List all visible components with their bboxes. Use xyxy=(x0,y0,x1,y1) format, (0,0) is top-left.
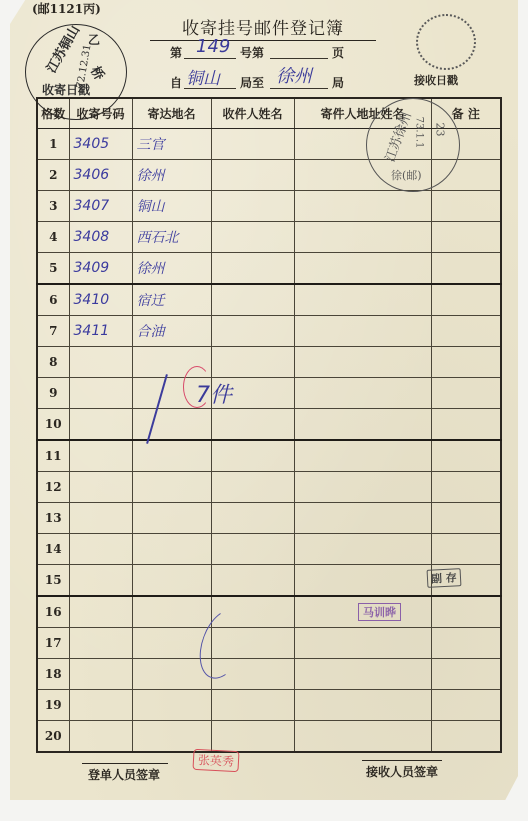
page-title: 收寄挂号邮件登记簿 xyxy=(150,14,376,41)
row-number xyxy=(69,347,132,378)
row-index: 3 xyxy=(37,191,69,222)
row-index: 8 xyxy=(37,347,69,378)
row-sender xyxy=(294,284,431,316)
route-prefix: 自 xyxy=(170,74,182,91)
row-destination xyxy=(132,721,211,753)
row-index: 6 xyxy=(37,284,69,316)
route-suffix: 局 xyxy=(332,74,344,91)
row-index: 5 xyxy=(37,253,69,285)
row-note xyxy=(431,690,501,721)
table-row: 10 xyxy=(37,409,501,441)
row-number xyxy=(69,596,132,628)
postmark-right-bottom-text: 徐(邮) xyxy=(391,167,422,183)
duplicate-seal: 副 存 xyxy=(427,568,462,588)
row-index: 1 xyxy=(37,129,69,160)
name-seal-purple: 马训晔 xyxy=(358,603,401,621)
table-row: 73411合油 xyxy=(37,316,501,347)
number-middle: 号第 xyxy=(240,44,264,61)
postmark-right-top-text: 江苏徐州 xyxy=(379,109,415,164)
row-sender xyxy=(294,316,431,347)
table-row: 12 xyxy=(37,472,501,503)
row-index: 19 xyxy=(37,690,69,721)
postmark-left-right-text: 桥 xyxy=(87,62,110,83)
row-destination xyxy=(132,503,211,534)
row-destination: 徐州 xyxy=(132,253,211,285)
row-destination xyxy=(132,440,211,472)
row-recipient xyxy=(211,191,294,222)
row-number: 3407 xyxy=(69,191,132,222)
receive-date-label: 接收日戳 xyxy=(414,72,458,88)
clerk-name-seal: 张英秀 xyxy=(192,749,239,772)
row-sender xyxy=(294,378,431,409)
receive-date-stamp-area xyxy=(416,14,476,70)
send-date-label: 收寄日戳 xyxy=(42,81,90,98)
row-sender xyxy=(294,472,431,503)
table-row: 43408西石北 xyxy=(37,222,501,253)
row-index: 7 xyxy=(37,316,69,347)
from-handwritten: 铜山 xyxy=(186,64,220,89)
row-destination: 三官 xyxy=(132,129,211,160)
row-note xyxy=(431,440,501,472)
row-index: 15 xyxy=(37,565,69,597)
row-note xyxy=(431,191,501,222)
row-destination xyxy=(132,565,211,597)
row-index: 11 xyxy=(37,440,69,472)
table-row: 53409徐州 xyxy=(37,253,501,285)
row-number: 3409 xyxy=(69,253,132,285)
handwritten-total: 7件 xyxy=(196,378,232,409)
form-code: (邮1121丙) xyxy=(32,0,101,17)
table-row: 13 xyxy=(37,503,501,534)
row-destination xyxy=(132,596,211,628)
row-number: 3408 xyxy=(69,222,132,253)
row-number xyxy=(69,690,132,721)
row-sender xyxy=(294,347,431,378)
row-note xyxy=(431,503,501,534)
row-note xyxy=(431,253,501,285)
postmark-right-date: 73.1.1 xyxy=(413,117,424,149)
row-number xyxy=(69,565,132,597)
row-note xyxy=(431,628,501,659)
row-sender xyxy=(294,503,431,534)
page-blank xyxy=(270,44,328,59)
row-note xyxy=(431,347,501,378)
row-note xyxy=(431,284,501,316)
row-destination xyxy=(132,690,211,721)
number-prefix: 第 xyxy=(170,44,182,61)
row-sender xyxy=(294,253,431,285)
ledger-table: 格数 收寄号码 寄达地名 收件人姓名 寄件人地址姓名 备 注 13405三官23… xyxy=(36,97,502,753)
number-handwritten: 149 xyxy=(196,36,230,57)
row-number: 3406 xyxy=(69,160,132,191)
row-index: 16 xyxy=(37,596,69,628)
row-destination: 徐州 xyxy=(132,160,211,191)
row-recipient xyxy=(211,690,294,721)
table-row: 17 xyxy=(37,628,501,659)
row-index: 10 xyxy=(37,409,69,441)
row-recipient xyxy=(211,721,294,753)
table-row: 33407铜山 xyxy=(37,191,501,222)
row-index: 12 xyxy=(37,472,69,503)
row-sender xyxy=(294,222,431,253)
row-note xyxy=(431,659,501,690)
row-recipient xyxy=(211,284,294,316)
to-handwritten: 徐州 xyxy=(276,62,312,88)
row-number xyxy=(69,409,132,441)
table-row: 16 xyxy=(37,596,501,628)
page-suffix: 页 xyxy=(332,44,344,61)
row-recipient xyxy=(211,503,294,534)
table-row: 8 xyxy=(37,347,501,378)
row-number xyxy=(69,721,132,753)
route-middle: 局至 xyxy=(240,74,264,91)
row-note xyxy=(431,409,501,441)
row-sender xyxy=(294,565,431,597)
table-row: 18 xyxy=(37,659,501,690)
table-row: 9 xyxy=(37,378,501,409)
row-index: 18 xyxy=(37,659,69,690)
row-recipient xyxy=(211,253,294,285)
row-number: 3410 xyxy=(69,284,132,316)
row-destination: 铜山 xyxy=(132,191,211,222)
row-recipient xyxy=(211,440,294,472)
row-recipient xyxy=(211,347,294,378)
row-note xyxy=(431,316,501,347)
row-recipient xyxy=(211,534,294,565)
row-number xyxy=(69,440,132,472)
col-header-recipient: 收件人姓名 xyxy=(211,98,294,129)
row-number xyxy=(69,503,132,534)
row-sender xyxy=(294,440,431,472)
clerk-signature-label: 登单人员签章 xyxy=(82,763,168,783)
row-sender xyxy=(294,721,431,753)
postmark-right-code: 23 xyxy=(434,123,447,137)
row-index: 9 xyxy=(37,378,69,409)
row-number: 3405 xyxy=(69,129,132,160)
row-index: 4 xyxy=(37,222,69,253)
row-note xyxy=(431,472,501,503)
row-index: 13 xyxy=(37,503,69,534)
table-row: 63410宿迁 xyxy=(37,284,501,316)
table-row: 19 xyxy=(37,690,501,721)
row-recipient xyxy=(211,565,294,597)
row-recipient xyxy=(211,160,294,191)
row-note xyxy=(431,721,501,753)
row-recipient xyxy=(211,222,294,253)
row-destination xyxy=(132,409,211,441)
row-number xyxy=(69,378,132,409)
row-number: 3411 xyxy=(69,316,132,347)
row-sender xyxy=(294,191,431,222)
col-header-number: 收寄号码 xyxy=(69,98,132,129)
row-destination xyxy=(132,534,211,565)
row-number xyxy=(69,472,132,503)
col-header-index: 格数 xyxy=(37,98,69,129)
row-note xyxy=(431,378,501,409)
row-index: 2 xyxy=(37,160,69,191)
row-destination: 合油 xyxy=(132,316,211,347)
row-index: 20 xyxy=(37,721,69,753)
row-destination xyxy=(132,472,211,503)
col-header-destination: 寄达地名 xyxy=(132,98,211,129)
row-number xyxy=(69,534,132,565)
row-index: 17 xyxy=(37,628,69,659)
row-note xyxy=(431,222,501,253)
row-recipient xyxy=(211,472,294,503)
row-sender xyxy=(294,534,431,565)
row-number xyxy=(69,628,132,659)
table-row: 11 xyxy=(37,440,501,472)
row-index: 14 xyxy=(37,534,69,565)
row-recipient xyxy=(211,316,294,347)
table-row: 14 xyxy=(37,534,501,565)
receive-postmark: 江苏徐州 73.1.1 徐(邮) 23 xyxy=(366,98,460,192)
receiver-signature-label: 接收人员签章 xyxy=(362,760,442,780)
row-sender xyxy=(294,690,431,721)
row-number xyxy=(69,659,132,690)
row-recipient xyxy=(211,129,294,160)
row-sender xyxy=(294,409,431,441)
table-row: 20 xyxy=(37,721,501,753)
row-note xyxy=(431,596,501,628)
row-note xyxy=(431,534,501,565)
row-sender xyxy=(294,659,431,690)
row-destination: 西石北 xyxy=(132,222,211,253)
row-destination: 宿迁 xyxy=(132,284,211,316)
row-sender xyxy=(294,628,431,659)
row-recipient xyxy=(211,409,294,441)
